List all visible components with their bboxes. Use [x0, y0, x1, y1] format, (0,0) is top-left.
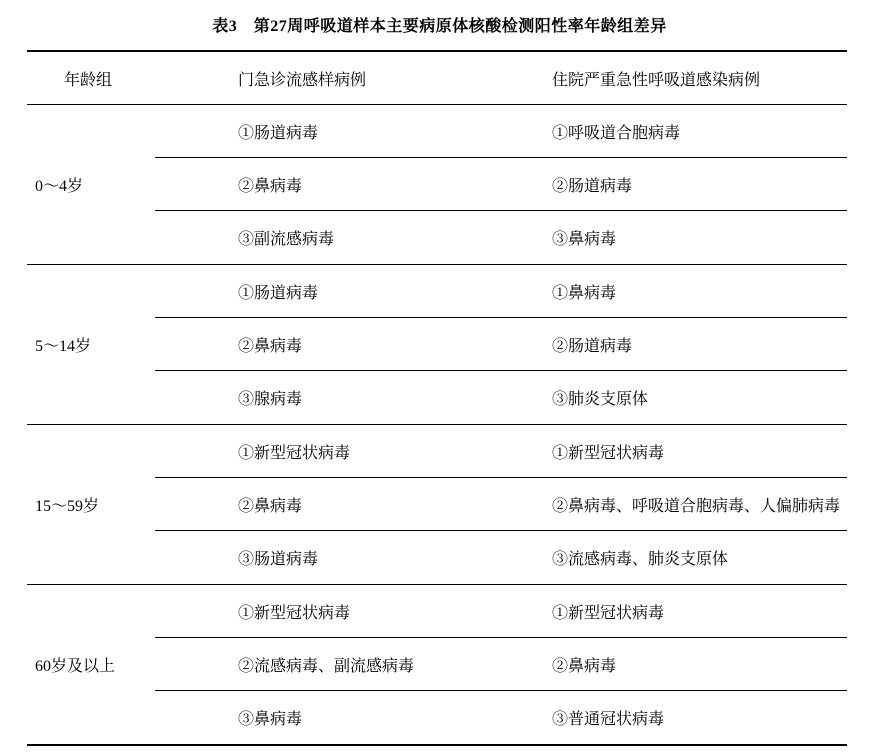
inpatient-pathogen-cell: ③普通冠状病毒: [545, 706, 847, 729]
age-group-label: 5～14岁: [27, 265, 155, 424]
table-row: ③副流感病毒 ③鼻病毒: [155, 211, 847, 264]
column-header-inpatient-sari-cases: 住院严重急性呼吸道感染病例: [545, 67, 847, 90]
outpatient-pathogen-cell: ③腺病毒: [155, 386, 545, 409]
inpatient-pathogen-cell: ③肺炎支原体: [545, 386, 847, 409]
age-group-section-15-59: 15～59岁 ①新型冠状病毒 ①新型冠状病毒 ②鼻病毒 ②鼻病毒、呼吸道合胞病毒…: [27, 425, 847, 585]
outpatient-pathogen-cell: ①新型冠状病毒: [155, 440, 545, 463]
table-row: ②鼻病毒 ②鼻病毒、呼吸道合胞病毒、人偏肺病毒: [155, 478, 847, 531]
inpatient-pathogen-cell: ②鼻病毒: [545, 653, 847, 676]
inpatient-pathogen-cell: ②肠道病毒: [545, 333, 847, 356]
age-group-section-5-14: 5～14岁 ①肠道病毒 ①鼻病毒 ②鼻病毒 ②肠道病毒 ③腺病毒 ③肺炎支原体: [27, 265, 847, 425]
age-group-pathogen-table: 年龄组 门急诊流感样病例 住院严重急性呼吸道感染病例 0～4岁 ①肠道病毒 ①呼…: [27, 50, 847, 746]
table-row: ①新型冠状病毒 ①新型冠状病毒: [155, 585, 847, 638]
outpatient-pathogen-cell: ①新型冠状病毒: [155, 600, 545, 623]
outpatient-pathogen-cell: ①肠道病毒: [155, 280, 545, 303]
inpatient-pathogen-cell: ①新型冠状病毒: [545, 440, 847, 463]
outpatient-pathogen-cell: ③鼻病毒: [155, 706, 545, 729]
inpatient-pathogen-cell: ②肠道病毒: [545, 173, 847, 196]
table-caption: 表3 第27周呼吸道样本主要病原体核酸检测阳性率年龄组差异: [0, 0, 879, 35]
outpatient-pathogen-cell: ③肠道病毒: [155, 546, 545, 569]
inpatient-pathogen-cell: ③流感病毒、肺炎支原体: [545, 546, 847, 569]
age-group-label: 60岁及以上: [27, 585, 155, 744]
document-page: 表3 第27周呼吸道样本主要病原体核酸检测阳性率年龄组差异 年龄组 门急诊流感样…: [0, 0, 879, 754]
inpatient-pathogen-cell: ③鼻病毒: [545, 226, 847, 249]
table-row: ②鼻病毒 ②肠道病毒: [155, 158, 847, 211]
outpatient-pathogen-cell: ②鼻病毒: [155, 173, 545, 196]
outpatient-pathogen-cell: ①肠道病毒: [155, 120, 545, 143]
column-header-age-group: 年龄组: [27, 67, 155, 90]
inpatient-pathogen-cell: ②鼻病毒、呼吸道合胞病毒、人偏肺病毒: [545, 493, 847, 516]
inpatient-pathogen-cell: ①呼吸道合胞病毒: [545, 120, 847, 143]
inpatient-pathogen-cell: ①新型冠状病毒: [545, 600, 847, 623]
age-group-section-60-plus: 60岁及以上 ①新型冠状病毒 ①新型冠状病毒 ②流感病毒、副流感病毒 ②鼻病毒 …: [27, 585, 847, 744]
age-group-label: 15～59岁: [27, 425, 155, 584]
column-header-outpatient-ili-cases: 门急诊流感样病例: [155, 67, 545, 90]
outpatient-pathogen-cell: ②鼻病毒: [155, 493, 545, 516]
table-row: ③肠道病毒 ③流感病毒、肺炎支原体: [155, 531, 847, 584]
inpatient-pathogen-cell: ①鼻病毒: [545, 280, 847, 303]
table-row: ①肠道病毒 ①呼吸道合胞病毒: [155, 105, 847, 158]
table-row: ①新型冠状病毒 ①新型冠状病毒: [155, 425, 847, 478]
outpatient-pathogen-cell: ②流感病毒、副流感病毒: [155, 653, 545, 676]
table-row: ②鼻病毒 ②肠道病毒: [155, 318, 847, 371]
outpatient-pathogen-cell: ②鼻病毒: [155, 333, 545, 356]
table-header-row: 年龄组 门急诊流感样病例 住院严重急性呼吸道感染病例: [27, 52, 847, 105]
age-group-label: 0～4岁: [27, 105, 155, 264]
table-row: ②流感病毒、副流感病毒 ②鼻病毒: [155, 638, 847, 691]
table-row: ③腺病毒 ③肺炎支原体: [155, 371, 847, 424]
outpatient-pathogen-cell: ③副流感病毒: [155, 226, 545, 249]
age-group-section-0-4: 0～4岁 ①肠道病毒 ①呼吸道合胞病毒 ②鼻病毒 ②肠道病毒 ③副流感病毒 ③鼻…: [27, 105, 847, 265]
table-row: ①肠道病毒 ①鼻病毒: [155, 265, 847, 318]
table-row: ③鼻病毒 ③普通冠状病毒: [155, 691, 847, 744]
